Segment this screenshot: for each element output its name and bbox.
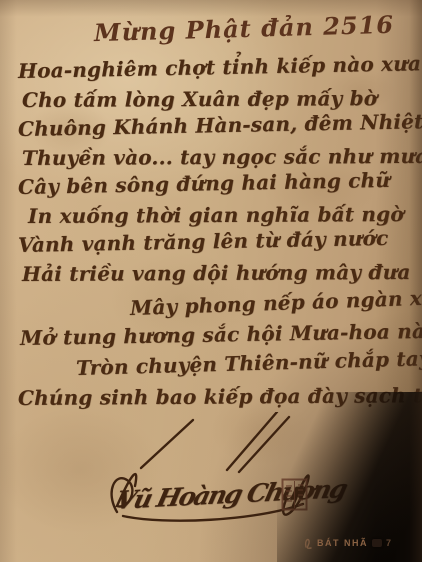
- poem-title: Mừng Phật đản 2516: [94, 10, 395, 47]
- footer-publication-name: BÁT NHÃ: [317, 538, 368, 548]
- footer-page-number: 7: [386, 538, 391, 548]
- manuscript-page: Mừng Phật đản 2516 Hoa-nghiêm chợt tỉnh …: [0, 0, 422, 562]
- page-footer: BÁT NHÃ 7: [303, 535, 391, 550]
- footer-logo-icon: [372, 539, 382, 547]
- seal-stamp-icon: [281, 478, 308, 511]
- poem-stanza-1: Hoa-nghiêm chợt tỉnh kiếp nào xưaCho tấm…: [18, 57, 422, 289]
- footer-handwritten-mark-icon: [303, 535, 313, 550]
- poem-stanza-2: Mây phong nếp áo ngàn xưaMở tung hương s…: [18, 293, 422, 413]
- poem-line: Chúng sinh bao kiếp đọa đày sạch trơn: [18, 380, 422, 413]
- poem-line: Hoa-nghiêm chợt tỉnh kiếp nào xưa: [18, 48, 422, 86]
